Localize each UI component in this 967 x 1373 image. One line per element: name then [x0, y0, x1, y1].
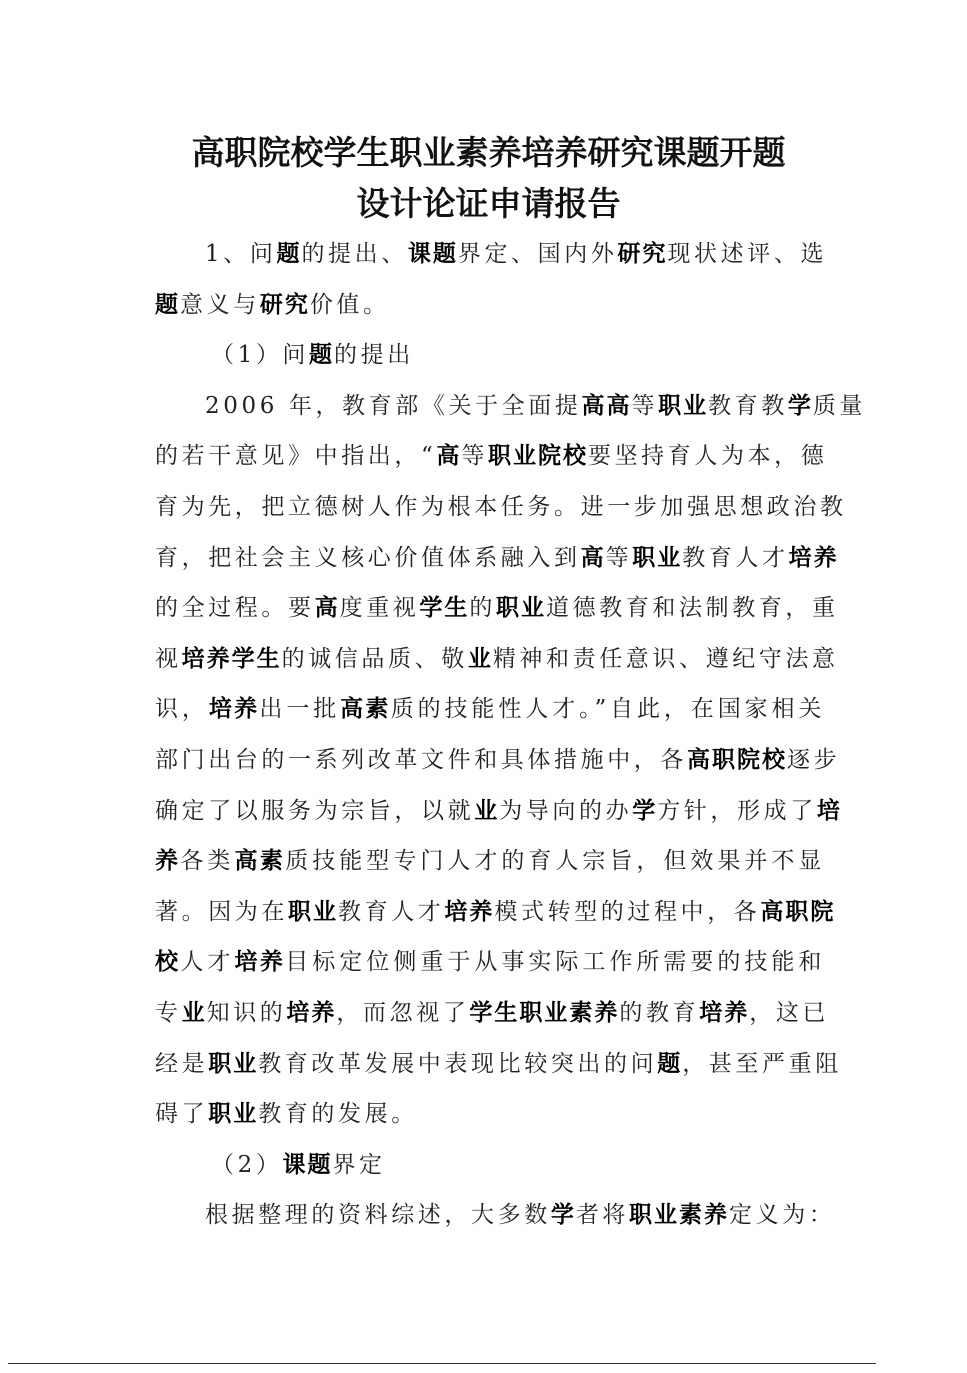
subsection-bold: 题	[309, 342, 334, 368]
text-run: 部门出台的一系列改革文件和具体措施中，各	[155, 747, 687, 773]
bold-run: 培养学生	[182, 646, 282, 672]
text-line: 根据整理的资料综述，大多数学者将职业素养定义为：	[155, 1190, 825, 1241]
text-run: 道德教育和法制教育，重	[546, 595, 839, 621]
text-line: 育为先，把立德树人作为根本任务。进一步加强思想政治教	[155, 482, 825, 533]
bold-run: 培	[817, 798, 842, 824]
text-line: 2006 年，教育部《关于全面提高高等职业教育教学质量	[155, 381, 825, 432]
text-line: 识，培养出一批高素质的技能性人才。”自此，在国家相关	[155, 684, 825, 735]
text-run: 视	[155, 646, 182, 672]
bold-run: 业	[182, 1000, 207, 1026]
text-run: 的全过程。要	[155, 595, 315, 621]
text-run: 的若干意见》中指出，“	[155, 443, 436, 469]
text-line: 著。因为在职业教育人才培养模式转型的过程中，各高职院	[155, 887, 825, 938]
text-run: 1、问	[205, 241, 276, 267]
text-run: 出一批	[259, 696, 340, 722]
text-run: 方针，形成了	[657, 798, 817, 824]
text-line: 1、问题的提出、课题界定、国内外研究现状述评、选	[155, 229, 825, 280]
text-run: 教育教	[708, 393, 788, 419]
text-run: 质的技能性人才。”自此，在国家相关	[391, 696, 825, 722]
bold-run: 题	[276, 241, 301, 267]
paragraph: 根据整理的资料综述，大多数学者将职业素养定义为：	[155, 1190, 825, 1241]
bold-run: 高	[436, 443, 461, 469]
text-line: 的全过程。要高度重视学生的职业道德教育和法制教育，重	[155, 583, 825, 634]
bold-run: 培养	[234, 949, 285, 975]
text-run: 教育人才	[682, 545, 788, 571]
bold-run: 职业	[288, 899, 338, 925]
text-run: 育为先，把立德树人作为根本任务。进一步加强思想政治教	[155, 494, 847, 520]
bold-run: 题	[155, 292, 180, 318]
document-body: 1、问题的提出、课题界定、国内外研究现状述评、选 题意义与研究价值。 （1）问题…	[155, 229, 825, 1241]
text-run: ，甚至严重阻	[682, 1051, 842, 1077]
bold-run: 高素	[340, 696, 391, 722]
text-run: 度重视	[340, 595, 420, 621]
bold-run: 学	[788, 393, 813, 419]
text-run: 质技能型专门人才的育人宗旨，但效果并不显	[285, 848, 825, 874]
text-run: 的教育	[619, 1000, 699, 1026]
bold-run: 学	[632, 798, 657, 824]
bold-run: 高高	[581, 393, 631, 419]
text-line: 确定了以服务为宗旨，以就业为导向的办学方针，形成了培	[155, 786, 825, 837]
bold-run: 学生职业素养	[469, 1000, 619, 1026]
text-run: 碍了	[155, 1101, 208, 1127]
text-run: 的诚信品质、敬	[282, 646, 468, 672]
text-run: 育，把社会主义核心价值体系融入到	[155, 545, 581, 571]
bold-run: 养	[155, 848, 180, 874]
bold-run: 学生	[419, 595, 469, 621]
text-run: 的	[469, 595, 496, 621]
bold-run: 业	[468, 646, 493, 672]
bold-run: 职业	[658, 393, 708, 419]
text-line: 碍了职业教育的发展。	[155, 1089, 825, 1140]
text-run: 的提出、	[301, 241, 407, 267]
subsection-heading: （1）问题的提出	[155, 330, 825, 381]
paragraph: 2006 年，教育部《关于全面提高高等职业教育教学质量的若干意见》中指出，“高等…	[155, 381, 825, 1140]
subsection-heading: （2）课题界定	[155, 1140, 825, 1191]
text-run: 识，	[155, 696, 209, 722]
text-run: 意义与	[180, 292, 260, 318]
text-run: 教育改革发展中表现比较突出的问	[258, 1051, 657, 1077]
bold-run: 研究	[260, 292, 310, 318]
text-run: 要坚持育人为本，德	[588, 443, 827, 469]
text-run: ，这已	[749, 1000, 829, 1026]
text-line: 的若干意见》中指出，“高等职业院校要坚持育人为本，德	[155, 431, 825, 482]
text-run: 教育的发展。	[258, 1101, 418, 1127]
text-run: 界定、国内外	[458, 241, 618, 267]
bold-run: 培养	[444, 899, 494, 925]
text-run: 者将	[576, 1202, 629, 1228]
text-run: 根据整理的资料综述，大多数	[205, 1202, 551, 1228]
bold-run: 题	[657, 1051, 682, 1077]
bold-run: 高职院	[760, 899, 835, 925]
text-line: 养各类高素质技能型专门人才的育人宗旨，但效果并不显	[155, 836, 825, 887]
text-run: 目标定位侧重于从事实际工作所需要的技能和	[285, 949, 825, 975]
text-run: 逐步	[787, 747, 840, 773]
text-line: 专业知识的培养，而忽视了学生职业素养的教育培养，这已	[155, 988, 825, 1039]
text-run: 定义为：	[729, 1202, 835, 1228]
text-run: 等	[606, 545, 633, 571]
text-run: 著。因为在	[155, 899, 288, 925]
bold-run: 职业素养	[629, 1202, 729, 1228]
text-run: 知识的	[207, 1000, 287, 1026]
text-run: 等	[631, 393, 658, 419]
text-run: ，而忽视了	[336, 1000, 469, 1026]
bold-run: 业	[474, 798, 499, 824]
text-run: 专	[155, 1000, 182, 1026]
text-line: 育，把社会主义核心价值体系融入到高等职业教育人才培养	[155, 533, 825, 584]
text-line: 部门出台的一系列改革文件和具体措施中，各高职院校逐步	[155, 735, 825, 786]
section-heading: 1、问题的提出、课题界定、国内外研究现状述评、选 题意义与研究价值。	[155, 229, 825, 330]
text-line: 题意义与研究价值。	[155, 280, 825, 331]
text-run: 经是	[155, 1051, 208, 1077]
bold-run: 职业	[632, 545, 682, 571]
bold-run: 高	[315, 595, 340, 621]
text-run: 精神和责任意识、遵纪守法意	[493, 646, 839, 672]
text-line: 经是职业教育改革发展中表现比较突出的问题，甚至严重阻	[155, 1039, 825, 1090]
title-line-1: 高职院校学生职业素养培养研究课题开题	[120, 127, 857, 178]
text-run: 等	[461, 443, 488, 469]
text-run: 各类	[180, 848, 234, 874]
bold-run: 培养	[209, 696, 260, 722]
bold-run: 培养	[699, 1000, 749, 1026]
bold-run: 高职院校	[687, 747, 787, 773]
bold-run: 高	[581, 545, 606, 571]
text-run: 确定了以服务为宗旨，以就	[155, 798, 474, 824]
bold-run: 校	[155, 949, 180, 975]
document-title: 高职院校学生职业素养培养研究课题开题 设计论证申请报告	[120, 127, 857, 229]
bold-run: 培养	[789, 545, 839, 571]
text-run: 现状述评、选	[667, 241, 827, 267]
bold-run: 课题	[408, 241, 458, 267]
document-page: 高职院校学生职业素养培养研究课题开题 设计论证申请报告 1、问题的提出、课题界定…	[0, 0, 967, 1373]
footer-divider	[8, 1363, 876, 1364]
text-run: 教育人才	[338, 899, 444, 925]
bold-run: 培养	[286, 1000, 336, 1026]
text-line: 校人才培养目标定位侧重于从事实际工作所需要的技能和	[155, 937, 825, 988]
bold-run: 高素	[234, 848, 285, 874]
subsection-prefix: （1）问	[211, 342, 309, 368]
text-line: 视培养学生的诚信品质、敬业精神和责任意识、遵纪守法意	[155, 634, 825, 685]
bold-run: 职业	[496, 595, 546, 621]
text-run: 模式转型的过程中，各	[494, 899, 760, 925]
bold-run: 职业	[208, 1101, 258, 1127]
subsection-prefix: （2）	[211, 1152, 282, 1178]
subsection-bold: 课题	[282, 1152, 332, 1178]
text-run: 2006 年，教育部《关于全面提	[205, 393, 581, 419]
title-line-2: 设计论证申请报告	[120, 178, 857, 229]
bold-run: 研究	[617, 241, 667, 267]
subsection-suffix: 界定	[332, 1152, 385, 1178]
text-run: 为导向的办	[499, 798, 632, 824]
text-run: 人才	[180, 949, 234, 975]
bold-run: 职业	[208, 1051, 258, 1077]
bold-run: 职业院校	[488, 443, 588, 469]
text-run: 价值。	[310, 292, 390, 318]
subsection-suffix: 的提出	[334, 342, 414, 368]
text-run: 质量	[813, 393, 866, 419]
bold-run: 学	[551, 1202, 576, 1228]
